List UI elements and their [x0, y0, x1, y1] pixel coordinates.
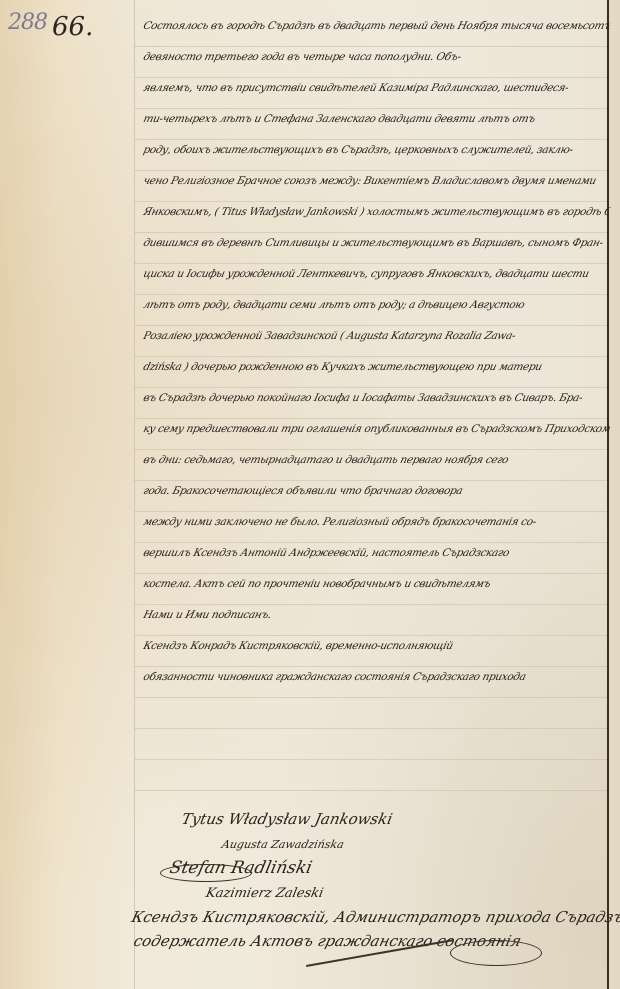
signature-officiant: Ксендзъ Кистряковскій, Администраторъ пр…	[130, 908, 620, 926]
record-line: Ксендзъ Конрадъ Кистряковскій, временно-…	[138, 640, 611, 668]
signature-witness-2: Kazimierz Zaleski	[204, 886, 324, 901]
signature-flourish	[450, 940, 542, 966]
rule-line	[134, 728, 607, 729]
signature-flourish	[160, 864, 252, 882]
rule-line	[134, 759, 607, 760]
record-line: dzińska ) дочерью рожденною въ Кучкахъ ж…	[138, 361, 611, 389]
record-line: Нами и Ими подписанъ.	[138, 609, 611, 637]
record-line: въ Сърадзѣ дочерью покойнаго Іосифа и Іо…	[138, 392, 611, 420]
signature-groom: Tytus Władysław Jankowski	[180, 810, 394, 828]
record-line: чено Религіозное Брачное союзъ между: Ви…	[138, 175, 611, 203]
record-line: девяносто третьего года въ четыре часа п…	[138, 51, 611, 79]
signature-bride: Augusta Zawadzińska	[221, 838, 346, 851]
record-line: обязанности чиновника гражданскаго состо…	[138, 671, 611, 699]
rule-line	[134, 790, 607, 791]
record-line: Янковскимъ, ( Titus Władysław Jankowski …	[138, 206, 611, 234]
record-line: лѣтъ отъ роду, двадцати семи лѣтъ отъ ро…	[138, 299, 611, 327]
record-line: между ними заключено не было. Религіозны…	[138, 516, 611, 544]
act-number: 66.	[52, 12, 93, 42]
record-line: роду, обоихъ жительствующихъ въ Сърадзѣ,…	[138, 144, 611, 172]
record-line: вершилъ Ксендзъ Антоній Андржеевскій, на…	[138, 547, 611, 575]
record-line: ти-четырехъ лѣтъ и Стефана Заленскаго дв…	[138, 113, 611, 141]
record-line: Состоялось въ городѣ Сърадзѣ въ двадцать…	[138, 20, 611, 48]
record-line: въ дни: седьмаго, четырнадцатаго и двадц…	[138, 454, 611, 482]
record-line: являемъ, что въ присутствіи свидѣтелей К…	[138, 82, 611, 110]
record-line: года. Бракосочетающіеся объявили что бра…	[138, 485, 611, 513]
record-line: циска и Іосифы урожденной Ленткевичъ, су…	[138, 268, 611, 296]
record-line: дившимся въ деревнѣ Ситливицы и жительст…	[138, 237, 611, 265]
page-number: 288	[8, 10, 47, 35]
record-line: костела. Актъ сей по прочтеніи новобрачн…	[138, 578, 611, 606]
record-line: ку сему предшествовали три оглашенія опу…	[138, 423, 611, 451]
page-gutter	[609, 0, 620, 989]
margin-rule	[134, 0, 135, 989]
record-line: Розаліею урожденной Завадзинской ( Augus…	[138, 330, 611, 358]
